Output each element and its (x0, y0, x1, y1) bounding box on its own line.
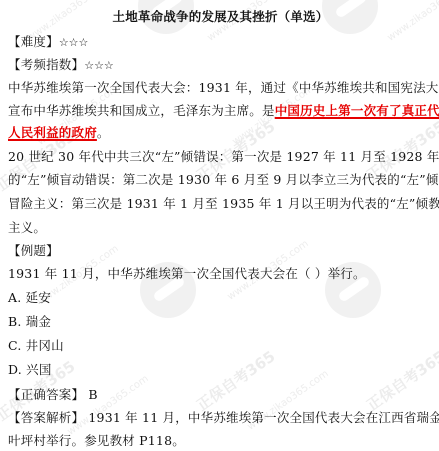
paragraph2-line3: 冒险主义：第三次是 1931 年 1 月至 1935 年 1 月以王明为代表的“… (8, 196, 439, 212)
key-point-highlight: 人民利益的政府 (8, 125, 97, 140)
option-c: C. 井冈山 (8, 338, 64, 354)
difficulty-stars: ☆☆☆ (59, 36, 89, 49)
paragraph1-line3-end: 。 (97, 125, 110, 140)
watermark-brand: 正保自考365 (192, 346, 279, 416)
option-a: A. 延安 (8, 290, 51, 306)
analysis-line2: 叶坪村举行。参见教材 P118。 (8, 433, 185, 449)
paragraph1-line1: 中华苏维埃第一次全国代表大会：1931 年，通过《中华苏维埃共和国宪法大纲》， (8, 80, 439, 96)
key-point-highlight: 中国历史上第一次有了真正代表 (275, 103, 439, 118)
answer-value: B (88, 387, 97, 402)
paragraph2-line4: 主义。 (8, 220, 46, 236)
paragraph1-line2: 宣布中华苏维埃共和国成立，毛泽东为主席。是中国历史上第一次有了真正代表 (8, 103, 439, 119)
frequency-label: 【考频指数】 (8, 57, 84, 72)
paragraph2-line2: 的“左”倾盲动错误：第二次是 1930 年 6 月至 9 月以李立三为代表的“左… (8, 172, 439, 188)
paragraph2-line1: 20 世纪 30 年代中共三次“左”倾错误：第一次是 1927 年 11 月至 … (8, 149, 439, 165)
answer-label: 【正确答案】 (8, 387, 84, 402)
option-b: B. 瑞金 (8, 314, 51, 330)
frequency-stars: ☆☆☆ (84, 59, 114, 72)
document-title: 土地革命战争的发展及其挫折（单选） (8, 9, 433, 25)
watermark-brand: 正保自考365 (362, 346, 439, 416)
watermark-url: www.zikao365.com (66, 373, 151, 437)
paragraph1-line3: 人民利益的政府。 (8, 125, 110, 141)
analysis-line1: 1931 年 11 月，中华苏维埃第一次全国代表大会在江西省瑞金县 (88, 410, 439, 425)
example-question: 1931 年 11 月，中华苏维埃第一次全国代表大会在（ ）举行。 (8, 266, 366, 282)
difficulty-row: 【难度】☆☆☆ (8, 34, 88, 51)
option-d: D. 兴国 (8, 362, 52, 378)
answer-row: 【正确答案】 B (8, 387, 98, 403)
difficulty-label: 【难度】 (8, 34, 59, 49)
example-label: 【例题】 (8, 243, 59, 259)
analysis-row: 【答案解析】 1931 年 11 月，中华苏维埃第一次全国代表大会在江西省瑞金县 (8, 410, 439, 426)
paragraph1-line2-text: 宣布中华苏维埃共和国成立，毛泽东为主席。是 (8, 103, 275, 118)
frequency-row: 【考频指数】☆☆☆ (8, 57, 114, 74)
analysis-label: 【答案解析】 (8, 410, 84, 425)
